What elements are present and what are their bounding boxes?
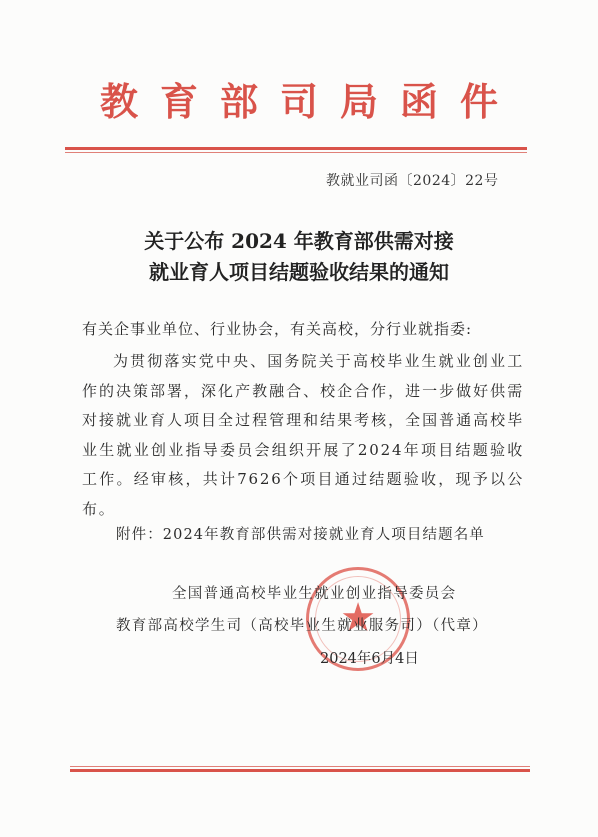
salutation: 有关企事业单位、行业协会，有关高校，分行业就指委: bbox=[82, 318, 472, 339]
letterhead-title: 教育部司局函件 bbox=[0, 80, 598, 124]
document-title: 关于公布 2024 年教育部供需对接 就业育人项目结题验收结果的通知 bbox=[0, 226, 598, 288]
signature-date: 2024年6月4日 bbox=[320, 647, 419, 668]
footer-rule-thick bbox=[70, 769, 530, 772]
attachment-line: 附件：2024年教育部供需对接就业育人项目结题名单 bbox=[116, 523, 485, 544]
title-line-2: 就业育人项目结题验收结果的通知 bbox=[0, 257, 598, 288]
title-line-1: 关于公布 2024 年教育部供需对接 bbox=[0, 226, 598, 257]
letterhead-rule-thick bbox=[65, 147, 527, 150]
signer-committee: 全国普通高校毕业生就业创业指导委员会 bbox=[172, 582, 456, 603]
document-page: 教育部司局函件 教就业司函〔2024〕22号 关于公布 2024 年教育部供需对… bbox=[0, 0, 598, 837]
letterhead-rule-thin bbox=[65, 152, 527, 153]
signer-department: 教育部高校学生司（高校毕业生就业服务司）（代章） bbox=[116, 614, 488, 635]
document-number: 教就业司函〔2024〕22号 bbox=[326, 170, 498, 190]
footer-rule-thin bbox=[70, 766, 530, 767]
body-paragraph: 为贯彻落实党中央、国务院关于高校毕业生就业创业工作的决策部署，深化产教融合、校企… bbox=[82, 347, 524, 524]
